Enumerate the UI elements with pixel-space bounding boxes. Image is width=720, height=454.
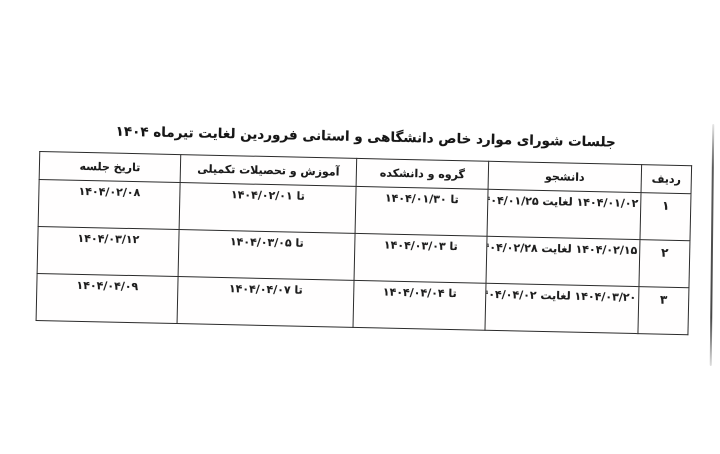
header-student: دانشجو xyxy=(488,161,642,192)
cell-group-faculty-deadline: تا ۱۴۰۴/۰۴/۰۴ xyxy=(353,280,486,330)
cell-row-number: ۲ xyxy=(639,240,690,288)
meetings-schedule-table: ردیف دانشجو گروه و دانشکده آموزش و تحصیل… xyxy=(36,151,693,335)
cell-meeting-date: ۱۴۰۴/۰۲/۰۸ xyxy=(38,179,180,229)
scanned-document-page: { "title": "جلسات شورای موارد خاص دانشگا… xyxy=(0,0,720,454)
cell-education-deadline: تا ۱۴۰۴/۰۲/۰۱ xyxy=(179,183,356,234)
cell-education-deadline: تا ۱۴۰۴/۰۳/۰۵ xyxy=(178,230,355,281)
header-group-faculty: گروه و دانشکده xyxy=(356,158,489,189)
cell-student-period: ۱۴۰۴/۰۱/۰۲ لغایت ۱۴۰۴/۰۱/۲۵ xyxy=(487,189,641,239)
cell-group-faculty-deadline: تا ۱۴۰۴/۰۳/۰۳ xyxy=(354,233,487,283)
cell-student-period: ۱۴۰۴/۰۳/۲۰ لغایت ۱۴۰۴/۰۴/۰۲ xyxy=(485,283,639,333)
cell-meeting-date: ۱۴۰۴/۰۳/۱۲ xyxy=(37,226,179,276)
cell-student-period: ۱۴۰۴/۰۲/۱۵ لغایت ۱۴۰۴/۰۲/۲۸ xyxy=(486,236,640,286)
header-meeting-date: تاریخ جلسه xyxy=(39,152,181,183)
cell-education-deadline: تا ۱۴۰۴/۰۴/۰۷ xyxy=(177,277,354,328)
cell-meeting-date: ۱۴۰۴/۰۴/۰۹ xyxy=(36,273,178,323)
cell-group-faculty-deadline: تا ۱۴۰۴/۰۱/۳۰ xyxy=(355,186,488,236)
header-row-number: ردیف xyxy=(641,165,692,194)
header-education-graduate-studies: آموزش و تحصیلات تکمیلی xyxy=(180,155,357,187)
cell-row-number: ۳ xyxy=(638,287,689,335)
scanned-sheet: جلسات شورای موارد خاص دانشگاهی و استانی … xyxy=(36,118,692,335)
cell-row-number: ۱ xyxy=(640,193,691,241)
scan-page-edge-line xyxy=(710,124,715,366)
